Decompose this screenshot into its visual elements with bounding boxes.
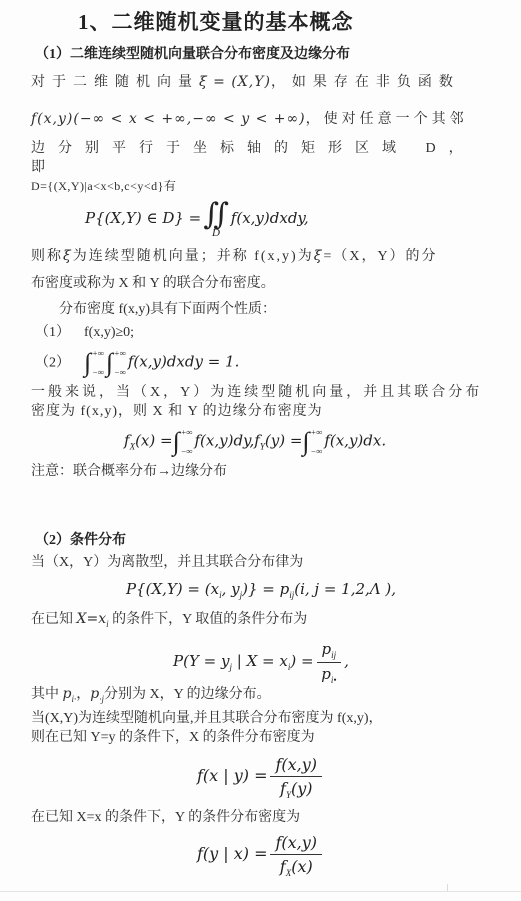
marginal-note-t2: ， — [76, 687, 90, 702]
marginal-note-t3: 分别为 X，Y 的边缘分布。 — [104, 687, 271, 702]
paragraph-intro-line2: f(x,y)(−∞ < x < +∞,−∞ < y < +∞)，使对任意一个其邻 — [31, 110, 491, 129]
intro-text-1: 对于二维随机向量 — [31, 75, 199, 90]
formula-cond-density-y: f(y | x) =f(x,y)fX(x) — [31, 833, 491, 878]
marginal-note-t1: 其中 — [31, 687, 59, 702]
paragraph-cond-y-intro: 在已知 X=x 的条件下，Y 的条件分布密度为 — [31, 808, 491, 827]
fy-arg: (y) = — [265, 431, 303, 449]
property2-label: （2） — [35, 355, 70, 370]
formula1-lhs: P{(X,Y) ∈ D} = — [85, 209, 201, 227]
fx-integrand: f(x,y)dy, — [194, 431, 254, 449]
paragraph-intro-line3: 边分别平行于坐标轴的矩形区域 D，即 — [31, 139, 491, 177]
document-content: 1、二维随机变量的基本概念 （1）二维连续型随机向量联合分布密度及边缘分布 对于… — [0, 0, 521, 878]
cond-density-y-fraction: f(x,y)fX(x) — [270, 833, 322, 878]
formula-joint-law: P{(X,Y) = (xi, yj)} = pij(i, j = 1,2,Λ )… — [31, 580, 491, 600]
integral-upper: +∞ — [181, 428, 193, 437]
paragraph-cond-x-intro: 则在已知 Y=y 的条件下，X 的条件分布密度为 — [31, 728, 491, 747]
property1-label: （1） — [35, 325, 70, 340]
fraction-denominator: fY(y) — [270, 777, 322, 800]
integral-icon: ∫ — [106, 348, 113, 378]
joint-law-t1: P{(X,Y) = (x — [126, 580, 219, 598]
integral-upper: +∞ — [114, 349, 126, 358]
intro-text-2: ，如果存在非负函数 — [271, 75, 460, 90]
paragraph-marginal-line2: 密度为 f(x,y)，则 X 和 Y 的边缘分布密度为 — [31, 402, 491, 421]
property-2: （2）∫+∞−∞∫+∞−∞f(x,y)dxdy = 1. — [35, 348, 491, 378]
paragraph-marginal-note: 其中 pi·，p·j分别为 X，Y 的边缘分布。 — [31, 685, 491, 709]
section1-heading: （1）二维连续型随机向量联合分布密度及边缘分布 — [35, 43, 491, 63]
integral-lower: −∞ — [92, 368, 104, 377]
double-integral: ∬D — [203, 200, 229, 239]
cond-math-xi: X=x — [77, 611, 107, 627]
cond-density-y-lhs: f(y | x) = — [197, 844, 268, 863]
cond-text-2: 的条件下，Y 取值的条件分布为 — [112, 612, 307, 627]
intro-math-xi: ξ = (X,Y) — [199, 74, 271, 90]
integral-limits: +∞−∞ — [114, 348, 126, 378]
integral-lower: −∞ — [114, 368, 126, 377]
integral-x: ∫+∞−∞ — [173, 427, 195, 457]
den-arg: (y) — [291, 779, 313, 798]
paragraph-marginal-line1: 一般来说，当（X，Y）为连续型随机向量，并且其联合分布 — [31, 383, 491, 402]
paragraph-properties-intro: 分布密度 f(x,y)具有下面两个性质： — [31, 300, 491, 319]
def-math-xi1: ξ — [63, 248, 73, 264]
def-text-1: 则称 — [31, 249, 63, 264]
property2-rhs: f(x,y)dxdy = 1. — [128, 352, 240, 370]
integral-outer: ∫+∞−∞ — [84, 348, 106, 378]
integral-y: ∫+∞−∞ — [302, 427, 324, 457]
integral-upper: +∞ — [311, 428, 323, 437]
fraction-denominator: pi• — [317, 663, 342, 685]
fraction-numerator: f(x,y) — [270, 833, 322, 855]
def-text-3: =（X，Y）的分 — [323, 249, 437, 264]
formula-prob-region: P{(X,Y) ∈ D} =∬Df(x,y)dxdy, — [85, 200, 491, 239]
note-line: 注意：联合概率分布→边缘分布 — [31, 462, 491, 481]
integral-lower: −∞ — [181, 447, 193, 456]
fraction-denominator: fX(x) — [270, 855, 322, 878]
def-math-xi2: ξ — [314, 248, 324, 264]
joint-law-t3: )} = p — [242, 580, 289, 598]
den-arg: (x) — [291, 857, 313, 876]
cond-prob-tail: , — [344, 652, 349, 670]
page-bottom-divider — [0, 891, 521, 892]
fy-integrand: f(x,y)dx. — [324, 431, 386, 449]
section2-heading: （2）条件分布 — [35, 529, 491, 549]
integral-limits: +∞−∞ — [311, 427, 323, 457]
cond-prob-t1: P(Y = y — [173, 652, 229, 670]
intro-math-domain: f(x,y)(−∞ < x < +∞,−∞ < y < +∞) — [31, 111, 306, 127]
paragraph-continuous-intro: 当(X,Y)为连续型随机向量,并且其联合分布密度为 f(x,y)， — [31, 709, 491, 728]
document-page: 1、二维随机变量的基本概念 （1）二维连续型随机向量联合分布密度及边缘分布 对于… — [0, 0, 521, 901]
integral-limits: +∞−∞ — [92, 348, 104, 378]
formula-cond-density-x: f(x | y) =f(x,y)fY(y) — [31, 755, 491, 800]
formula-cond-prob: P(Y = yj | X = xi) =pijpi•, — [31, 640, 491, 685]
integral-lower: −∞ — [311, 447, 323, 456]
paragraph-discrete-intro: 当（X，Y）为离散型，并且其联合分布律为 — [31, 553, 491, 572]
fx-arg: (x) = — [135, 431, 173, 449]
paragraph-def-line2: 布密度或称为 X 和 Y 的联合分布密度。 — [31, 274, 491, 293]
cond-prob-fraction: pijpi• — [317, 640, 342, 685]
integral-limits: +∞−∞ — [181, 427, 193, 457]
fraction-numerator: pij — [317, 640, 342, 663]
joint-law-t4: (i, j = 1,2,Λ ), — [294, 580, 396, 598]
double-integral-icon: ∬ — [203, 200, 229, 230]
cond-density-x-fraction: f(x,y)fY(y) — [270, 755, 322, 800]
intro-text-3: ，使对任意一个其邻 — [306, 112, 468, 127]
doc-title: 1、二维随机变量的基本概念 — [78, 6, 491, 36]
cond-density-x-lhs: f(x | y) = — [197, 766, 268, 785]
fraction-numerator: f(x,y) — [270, 755, 322, 777]
cond-text-1: 在已知 — [31, 612, 73, 627]
property1-text: f(x,y)≥0; — [84, 325, 134, 340]
formula-marginal-densities: fX(x) =∫+∞−∞f(x,y)dy,fY(y) =∫+∞−∞f(x,y)d… — [124, 427, 491, 457]
integral-icon: ∫ — [173, 427, 180, 457]
formula1-rhs: f(x,y)dxdy, — [231, 209, 309, 227]
marginal-note-p2: p — [90, 686, 99, 702]
cond-math-sub: i — [106, 619, 109, 629]
den-symbol: p — [321, 665, 331, 683]
def-text-2: 为连续型随机向量；并称 f(x,y)为 — [73, 249, 314, 264]
paragraph-intro-line1: 对于二维随机向量ξ = (X,Y)，如果存在非负函数 — [31, 73, 491, 92]
num-symbol: p — [322, 640, 332, 658]
num-subscript: ij — [331, 650, 336, 660]
cond-prob-t3: ) = — [290, 652, 313, 670]
den-subscript: i• — [331, 675, 337, 685]
paragraph-cond-discrete: 在已知 X=xi 的条件下，Y 取值的条件分布为 — [31, 610, 491, 634]
integral-icon: ∫ — [302, 427, 309, 457]
cond-prob-t2: | X = x — [232, 652, 288, 670]
paragraph-region-def: D={(X,Y)|a<x<b,c<y<d}有 — [31, 177, 491, 196]
integral-icon: ∫ — [84, 348, 91, 378]
property-1: （1）f(x,y)≥0; — [35, 323, 491, 342]
paragraph-def-line1: 则称ξ为连续型随机向量；并称 f(x,y)为ξ=（X，Y）的分 — [31, 247, 491, 266]
joint-law-t2: , y — [222, 580, 240, 598]
integral-inner: ∫+∞−∞ — [106, 348, 128, 378]
integral-upper: +∞ — [92, 349, 104, 358]
